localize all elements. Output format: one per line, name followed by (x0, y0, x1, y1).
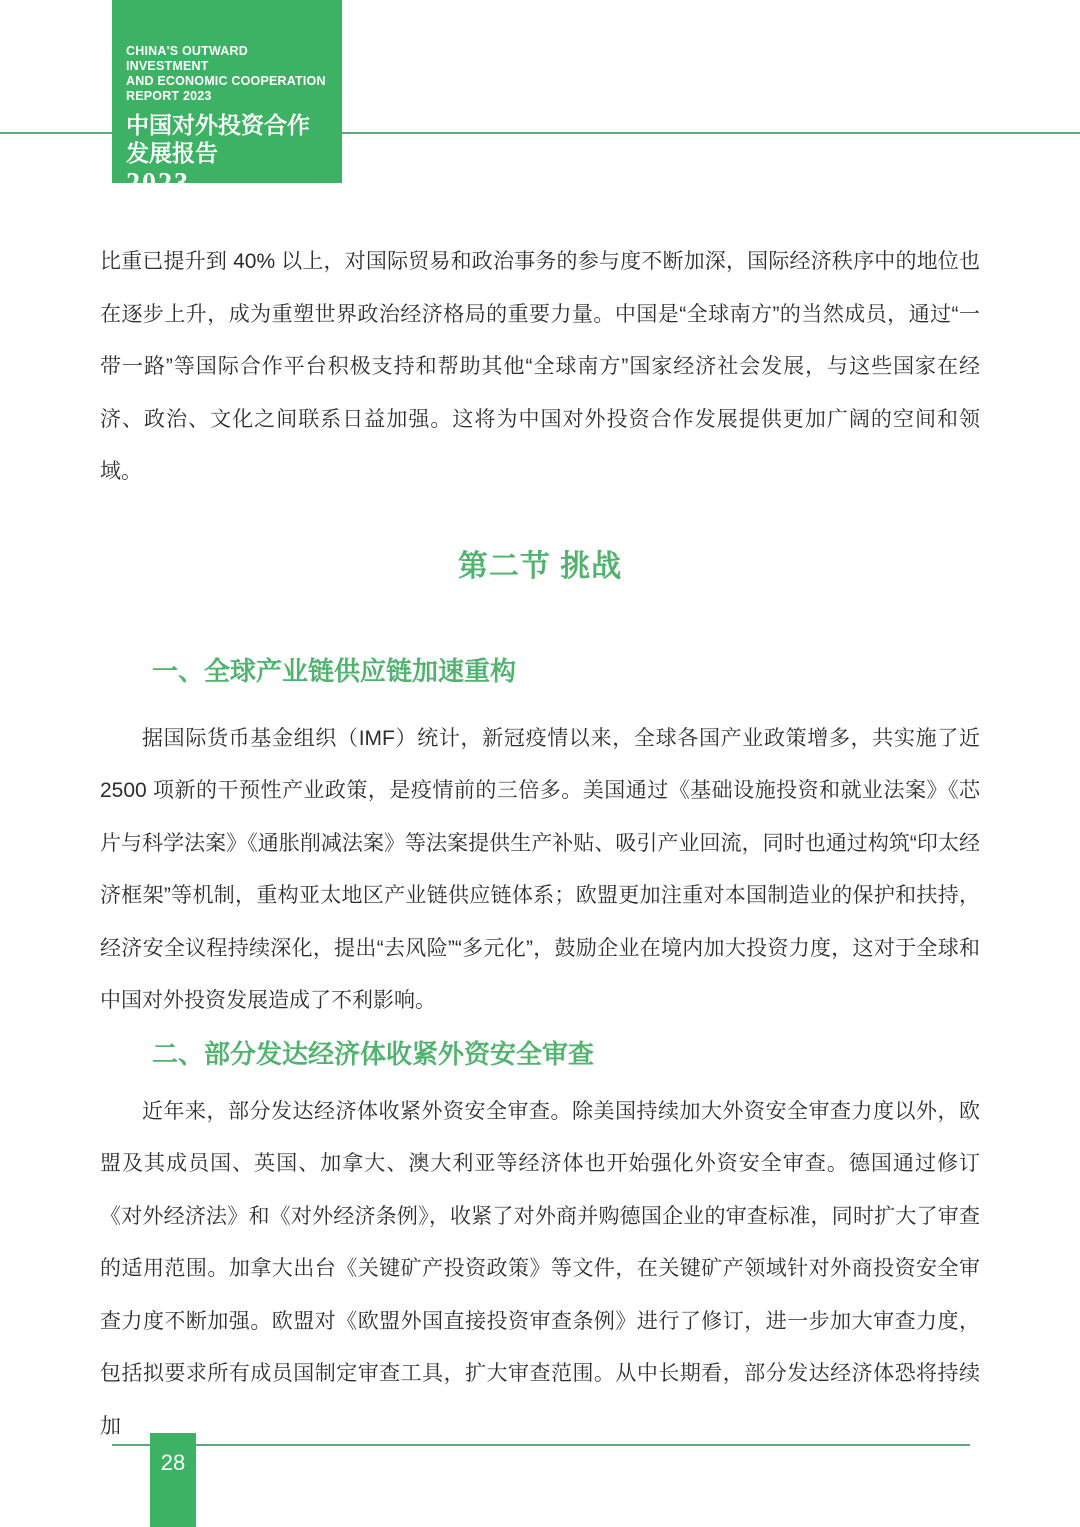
banner-en-line3: REPORT 2023 (126, 89, 330, 104)
report-banner: CHINA'S OUTWARD INVESTMENT AND ECONOMIC … (112, 0, 342, 183)
subsection-2-title: 二、部分发达经济体收紧外资安全审查 (100, 1034, 980, 1074)
report-page: CHINA'S OUTWARD INVESTMENT AND ECONOMIC … (0, 0, 1080, 1527)
subsection-1-title: 一、全球产业链供应链加速重构 (100, 651, 980, 691)
banner-zh-line2: 发展报告 (126, 139, 330, 167)
page-number-box: 28 (150, 1433, 196, 1527)
paragraph-security-review: 近年来，部分发达经济体收紧外资安全审查。除美国持续加大外资安全审查力度以外，欧盟… (100, 1086, 980, 1454)
banner-year: 2023 (126, 168, 330, 199)
banner-en-line2: AND ECONOMIC COOPERATION (126, 74, 330, 89)
page-content: 比重已提升到 40% 以上，对国际贸易和政治事务的参与度不断加深，国际经济秩序中… (100, 236, 980, 1453)
continuation-paragraph: 比重已提升到 40% 以上，对国际贸易和政治事务的参与度不断加深，国际经济秩序中… (100, 236, 980, 499)
bottom-rule (112, 1444, 970, 1446)
banner-title-en: CHINA'S OUTWARD INVESTMENT AND ECONOMIC … (126, 44, 330, 104)
banner-zh-line1: 中国对外投资合作 (126, 111, 330, 139)
banner-title-zh: 中国对外投资合作 发展报告 (126, 111, 330, 167)
paragraph-industrial-chain: 据国际货币基金组织（IMF）统计，新冠疫情以来，全球各国产业政策增多，共实施了近… (100, 713, 980, 1028)
banner-en-line1: CHINA'S OUTWARD INVESTMENT (126, 44, 330, 74)
section-title: 第二节 挑战 (100, 545, 980, 589)
page-number: 28 (161, 1450, 185, 1475)
